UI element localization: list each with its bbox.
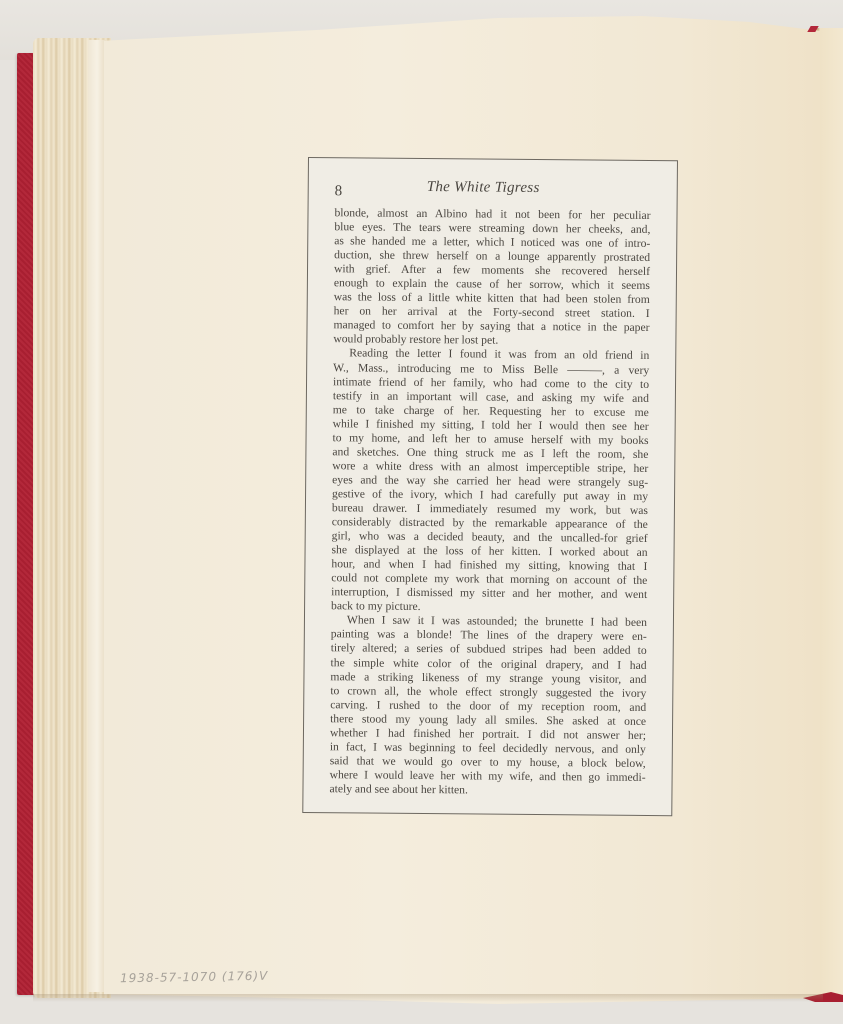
printed-text-frame: 8 The White Tigress blonde, almost an Al… bbox=[302, 157, 678, 816]
facing-page-edge bbox=[816, 28, 843, 1002]
running-title: The White Tigress bbox=[427, 179, 540, 197]
text-line: ately and see about her kitten. bbox=[329, 782, 645, 799]
page-bottom-shadow bbox=[33, 994, 823, 1002]
paragraph: When I saw it I was astounded; the brune… bbox=[329, 614, 647, 799]
body-text: blonde, almost an Albino had it not been… bbox=[329, 206, 650, 799]
page-number: 8 bbox=[335, 183, 343, 200]
paragraph: blonde, almost an Albino had it not been… bbox=[333, 206, 650, 349]
pencil-accession-note: 1938-57-1070 (176)V bbox=[120, 969, 269, 986]
paragraph: Reading the letter I found it was from a… bbox=[331, 347, 649, 617]
page-stack-inner bbox=[88, 40, 106, 992]
